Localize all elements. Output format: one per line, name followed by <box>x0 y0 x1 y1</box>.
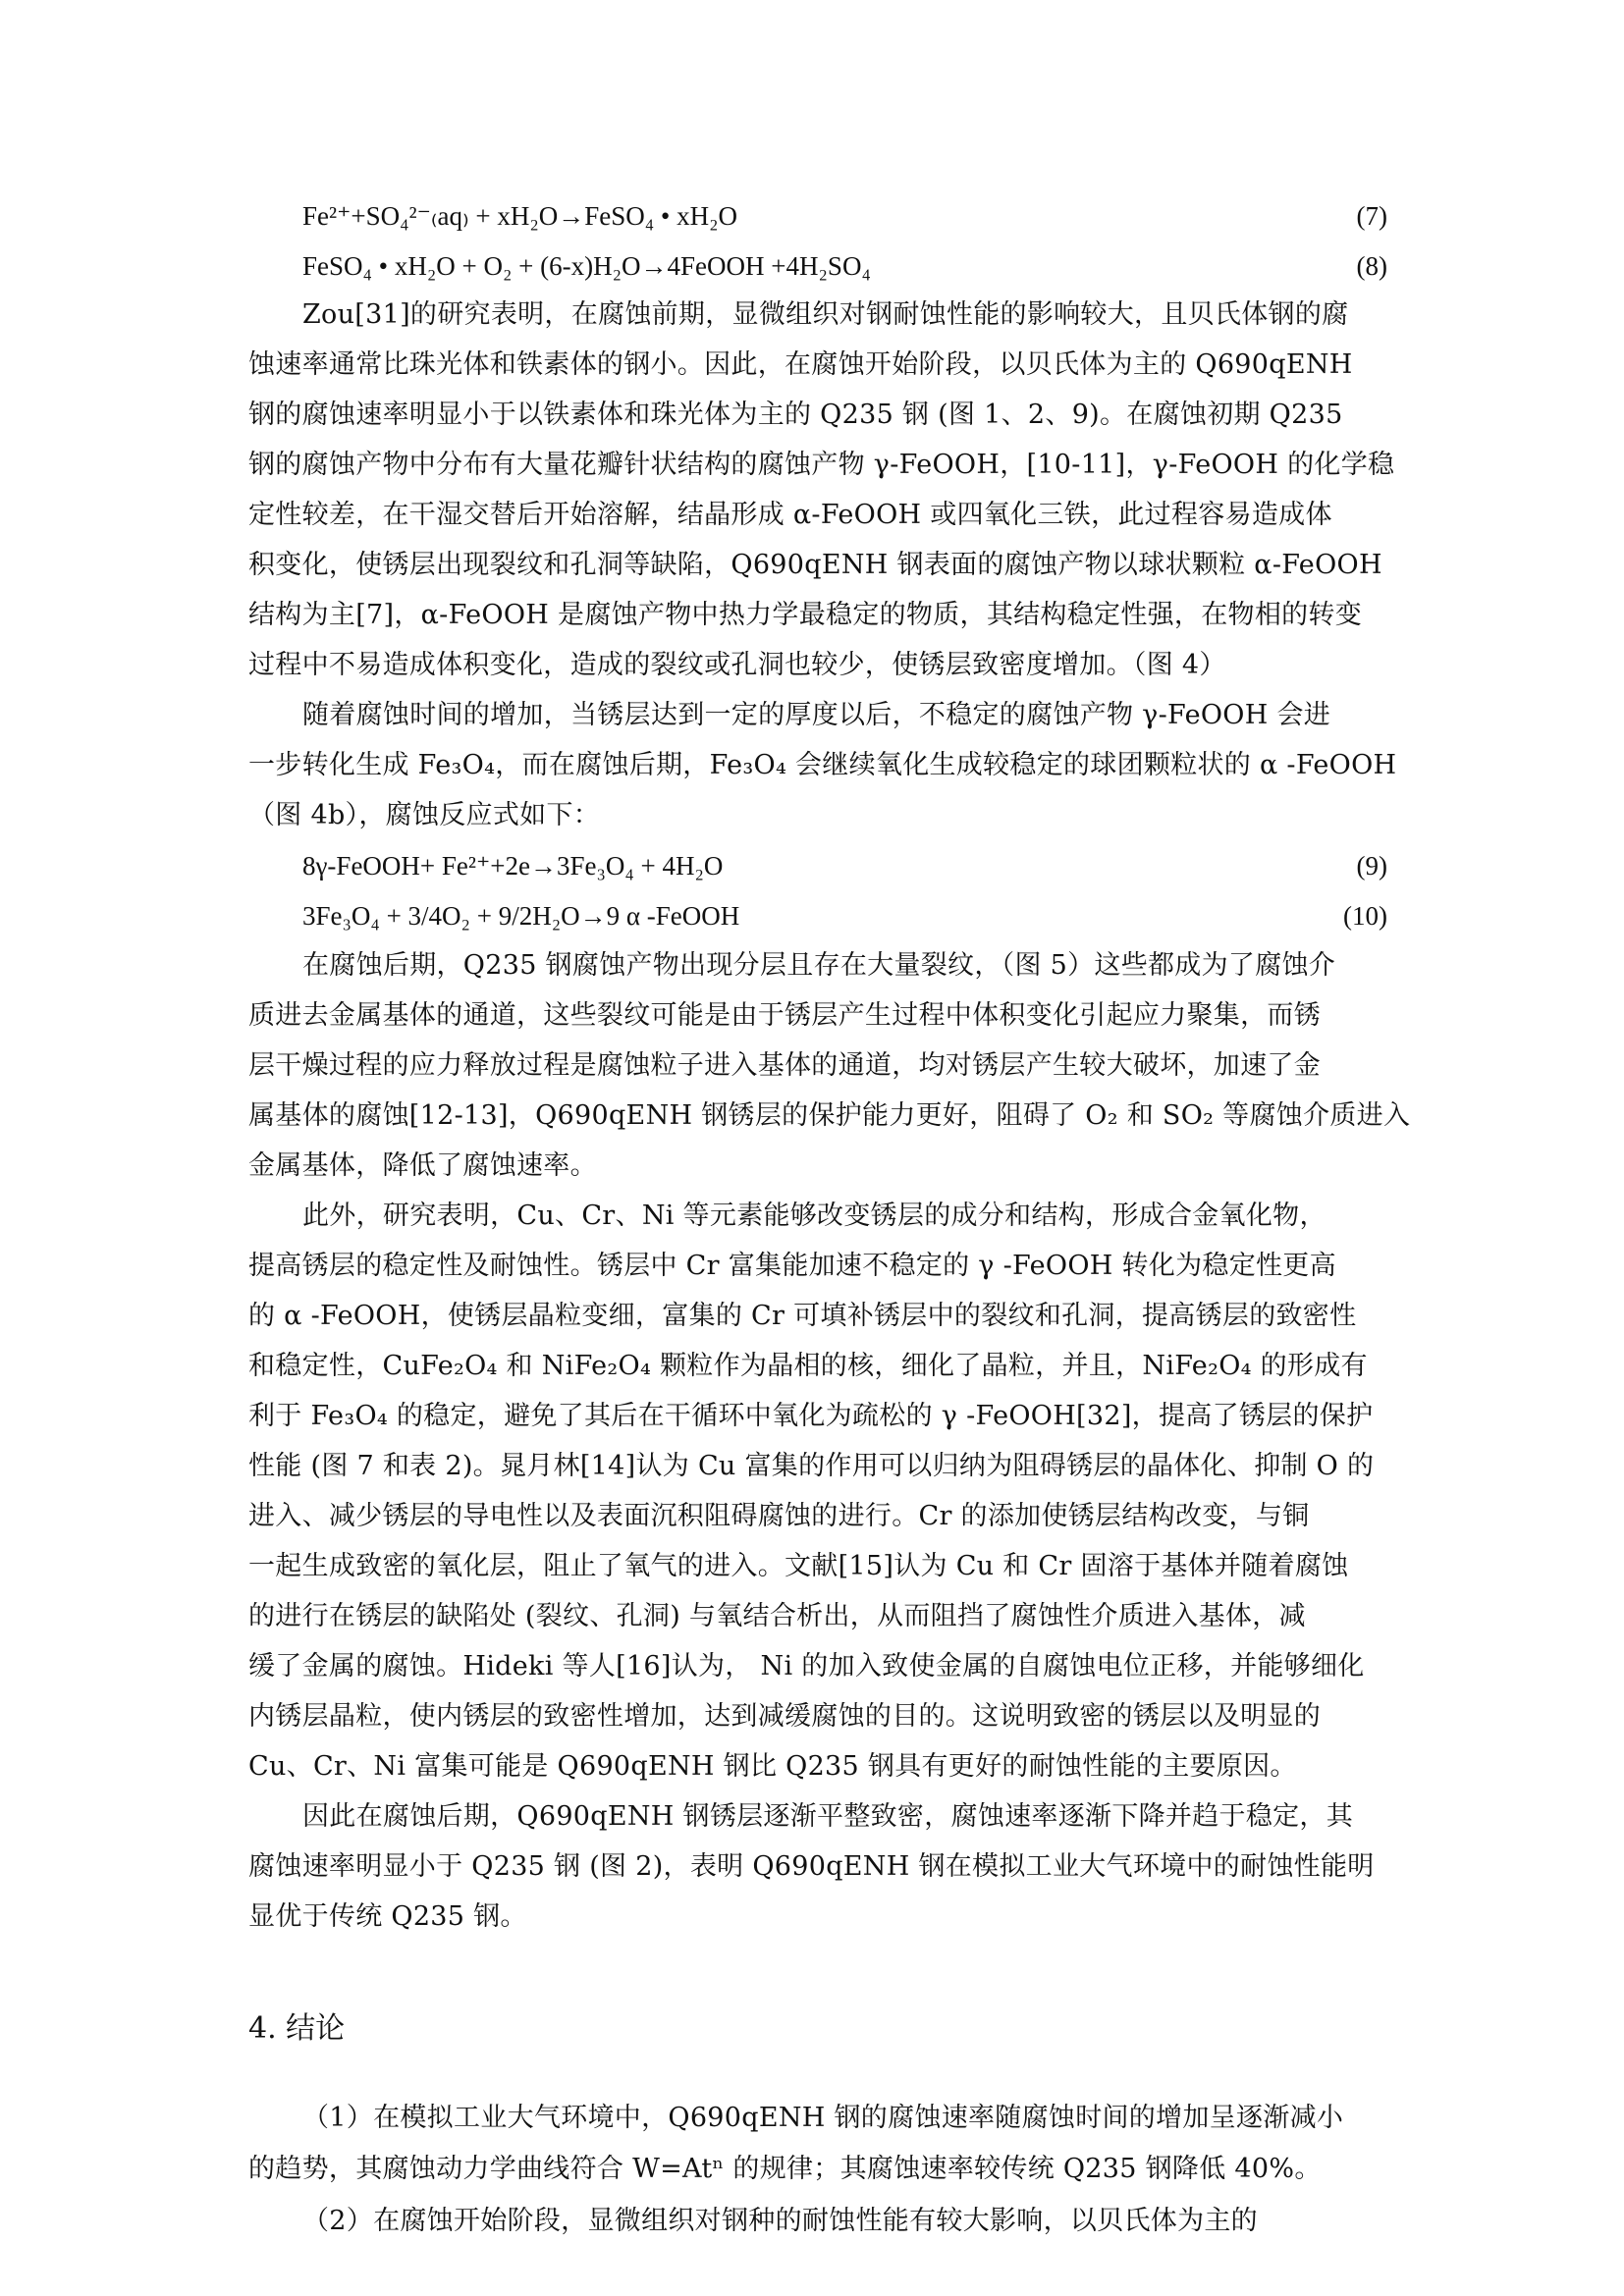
text-line: 的趋势，其腐蚀动力学曲线符合 W=Atⁿ 的规律；其腐蚀速率较传统 Q235 钢… <box>248 2150 1387 2189</box>
text-line: 积变化，使锈层出现裂纹和孔洞等缺陷，Q690qENH 钢表面的腐蚀产物以球状颗粒… <box>248 546 1387 585</box>
text-line: 此外，研究表明，Cu、Cr、Ni 等元素能够改变锈层的成分和结构，形成合金氧化物… <box>302 1197 1387 1236</box>
text-line: Cu、Cr、Ni 富集可能是 Q690qENH 钢比 Q235 钢具有更好的耐蚀… <box>248 1747 1387 1787</box>
equation-text: 8γ-FeOOH+ Fe²⁺+2e→3Fe₃O₄ + 4H₂O <box>302 851 723 881</box>
text-line: 随着腐蚀时间的增加，当锈层达到一定的厚度以后，不稳定的腐蚀产物 γ-FeOOH … <box>302 696 1387 735</box>
equation-number: (8) <box>1357 246 1387 286</box>
text-line: 钢的腐蚀速率明显小于以铁素体和珠光体为主的 Q235 钢 (图 1、2、9)。在… <box>248 396 1387 435</box>
text-line: 进入、减少锈层的导电性以及表面沉积阻碍腐蚀的进行。Cr 的添加使锈层结构改变，与… <box>248 1497 1387 1536</box>
text-line: 过程中不易造成体积变化，造成的裂纹或孔洞也较少，使锈层致密度增加。（图 4） <box>248 646 1387 685</box>
text-line: 的 α -FeOOH，使锈层晶粒变细，富集的 Cr 可填补锈层中的裂纹和孔洞，提… <box>248 1297 1387 1336</box>
text-line: Zou[31]的研究表明，在腐蚀前期，显微组织对钢耐蚀性能的影响较大，且贝氏体钢… <box>302 295 1387 335</box>
text-line: 一步转化生成 Fe₃O₄，而在腐蚀后期，Fe₃O₄ 会继续氧化生成较稳定的球团颗… <box>248 746 1387 785</box>
equation-number: (7) <box>1357 196 1387 236</box>
section-heading: 4. 结论 <box>248 2009 345 2049</box>
equation-number: (9) <box>1357 846 1387 885</box>
text-line: （2）在腐蚀开始阶段，显微组织对钢种的耐蚀性能有较大影响，以贝氏体为主的 <box>302 2202 1387 2241</box>
document-page: Fe²⁺+SO₄²⁻₍aq₎ + xH₂O→FeSO₄ • xH₂O (7) F… <box>0 0 1624 2296</box>
text-line: 显优于传统 Q235 钢。 <box>248 1897 1387 1937</box>
text-line: 质进去金属基体的通道，这些裂纹可能是由于锈层产生过程中体积变化引起应力聚集，而锈 <box>248 996 1387 1036</box>
equation-8: FeSO₄ • xH₂O + O₂ + (6-x)H₂O→4FeOOH +4H₂… <box>302 246 1387 286</box>
text-line: 的进行在锈层的缺陷处 (裂纹、孔洞) 与氧结合析出，从而阻挡了腐蚀性介质进入基体… <box>248 1597 1387 1636</box>
text-line: 属基体的腐蚀[12-13]，Q690qENH 钢锈层的保护能力更好，阻碍了 O₂… <box>248 1096 1387 1136</box>
equation-text: 3Fe₃O₄ + 3/4O₂ + 9/2H₂O→9 α -FeOOH <box>302 901 739 931</box>
text-line: 在腐蚀后期，Q235 钢腐蚀产物出现分层且存在大量裂纹，（图 5）这些都成为了腐… <box>302 946 1387 986</box>
text-line: 金属基体，降低了腐蚀速率。 <box>248 1147 1387 1186</box>
text-line: 结构为主[7]，α-FeOOH 是腐蚀产物中热力学最稳定的物质，其结构稳定性强，… <box>248 596 1387 635</box>
text-line: 性能 (图 7 和表 2)。晁月林[14]认为 Cu 富集的作用可以归纳为阻碍锈… <box>248 1447 1387 1486</box>
text-line: 钢的腐蚀产物中分布有大量花瓣针状结构的腐蚀产物 γ-FeOOH，[10-11]，… <box>248 446 1387 485</box>
equation-7: Fe²⁺+SO₄²⁻₍aq₎ + xH₂O→FeSO₄ • xH₂O (7) <box>302 196 1387 236</box>
text-line: 提高锈层的稳定性及耐蚀性。锈层中 Cr 富集能加速不稳定的 γ -FeOOH 转… <box>248 1247 1387 1286</box>
text-line: 利于 Fe₃O₄ 的稳定，避免了其后在干循环中氧化为疏松的 γ -FeOOH[3… <box>248 1397 1387 1436</box>
text-line: 一起生成致密的氧化层，阻止了氧气的进入。文献[15]认为 Cu 和 Cr 固溶于… <box>248 1547 1387 1586</box>
equation-9: 8γ-FeOOH+ Fe²⁺+2e→3Fe₃O₄ + 4H₂O (9) <box>302 846 1387 885</box>
text-line: 缓了金属的腐蚀。Hideki 等人[16]认为， Ni 的加入致使金属的自腐蚀电… <box>248 1647 1387 1686</box>
equation-number: (10) <box>1343 896 1387 935</box>
equation-text: FeSO₄ • xH₂O + O₂ + (6-x)H₂O→4FeOOH +4H₂… <box>302 251 871 281</box>
text-line: （图 4b），腐蚀反应式如下： <box>248 796 1387 835</box>
equation-text: Fe²⁺+SO₄²⁻₍aq₎ + xH₂O→FeSO₄ • xH₂O <box>302 201 737 231</box>
text-line: （1）在模拟工业大气环境中，Q690qENH 钢的腐蚀速率随腐蚀时间的增加呈逐渐… <box>302 2099 1387 2138</box>
text-line: 内锈层晶粒，使内锈层的致密性增加，达到减缓腐蚀的目的。这说明致密的锈层以及明显的 <box>248 1697 1387 1736</box>
text-line: 层干燥过程的应力释放过程是腐蚀粒子进入基体的通道，均对锈层产生较大破坏，加速了金 <box>248 1046 1387 1086</box>
text-line: 因此在腐蚀后期，Q690qENH 钢锈层逐渐平整致密，腐蚀速率逐渐下降并趋于稳定… <box>302 1797 1387 1837</box>
text-line: 和稳定性，CuFe₂O₄ 和 NiFe₂O₄ 颗粒作为晶相的核，细化了晶粒，并且… <box>248 1347 1387 1386</box>
text-line: 蚀速率通常比珠光体和铁素体的钢小。因此，在腐蚀开始阶段，以贝氏体为主的 Q690… <box>248 346 1387 385</box>
equation-10: 3Fe₃O₄ + 3/4O₂ + 9/2H₂O→9 α -FeOOH (10) <box>302 896 1387 935</box>
text-line: 腐蚀速率明显小于 Q235 钢 (图 2)，表明 Q690qENH 钢在模拟工业… <box>248 1847 1387 1887</box>
text-line: 定性较差，在干湿交替后开始溶解，结晶形成 α-FeOOH 或四氧化三铁，此过程容… <box>248 496 1387 535</box>
